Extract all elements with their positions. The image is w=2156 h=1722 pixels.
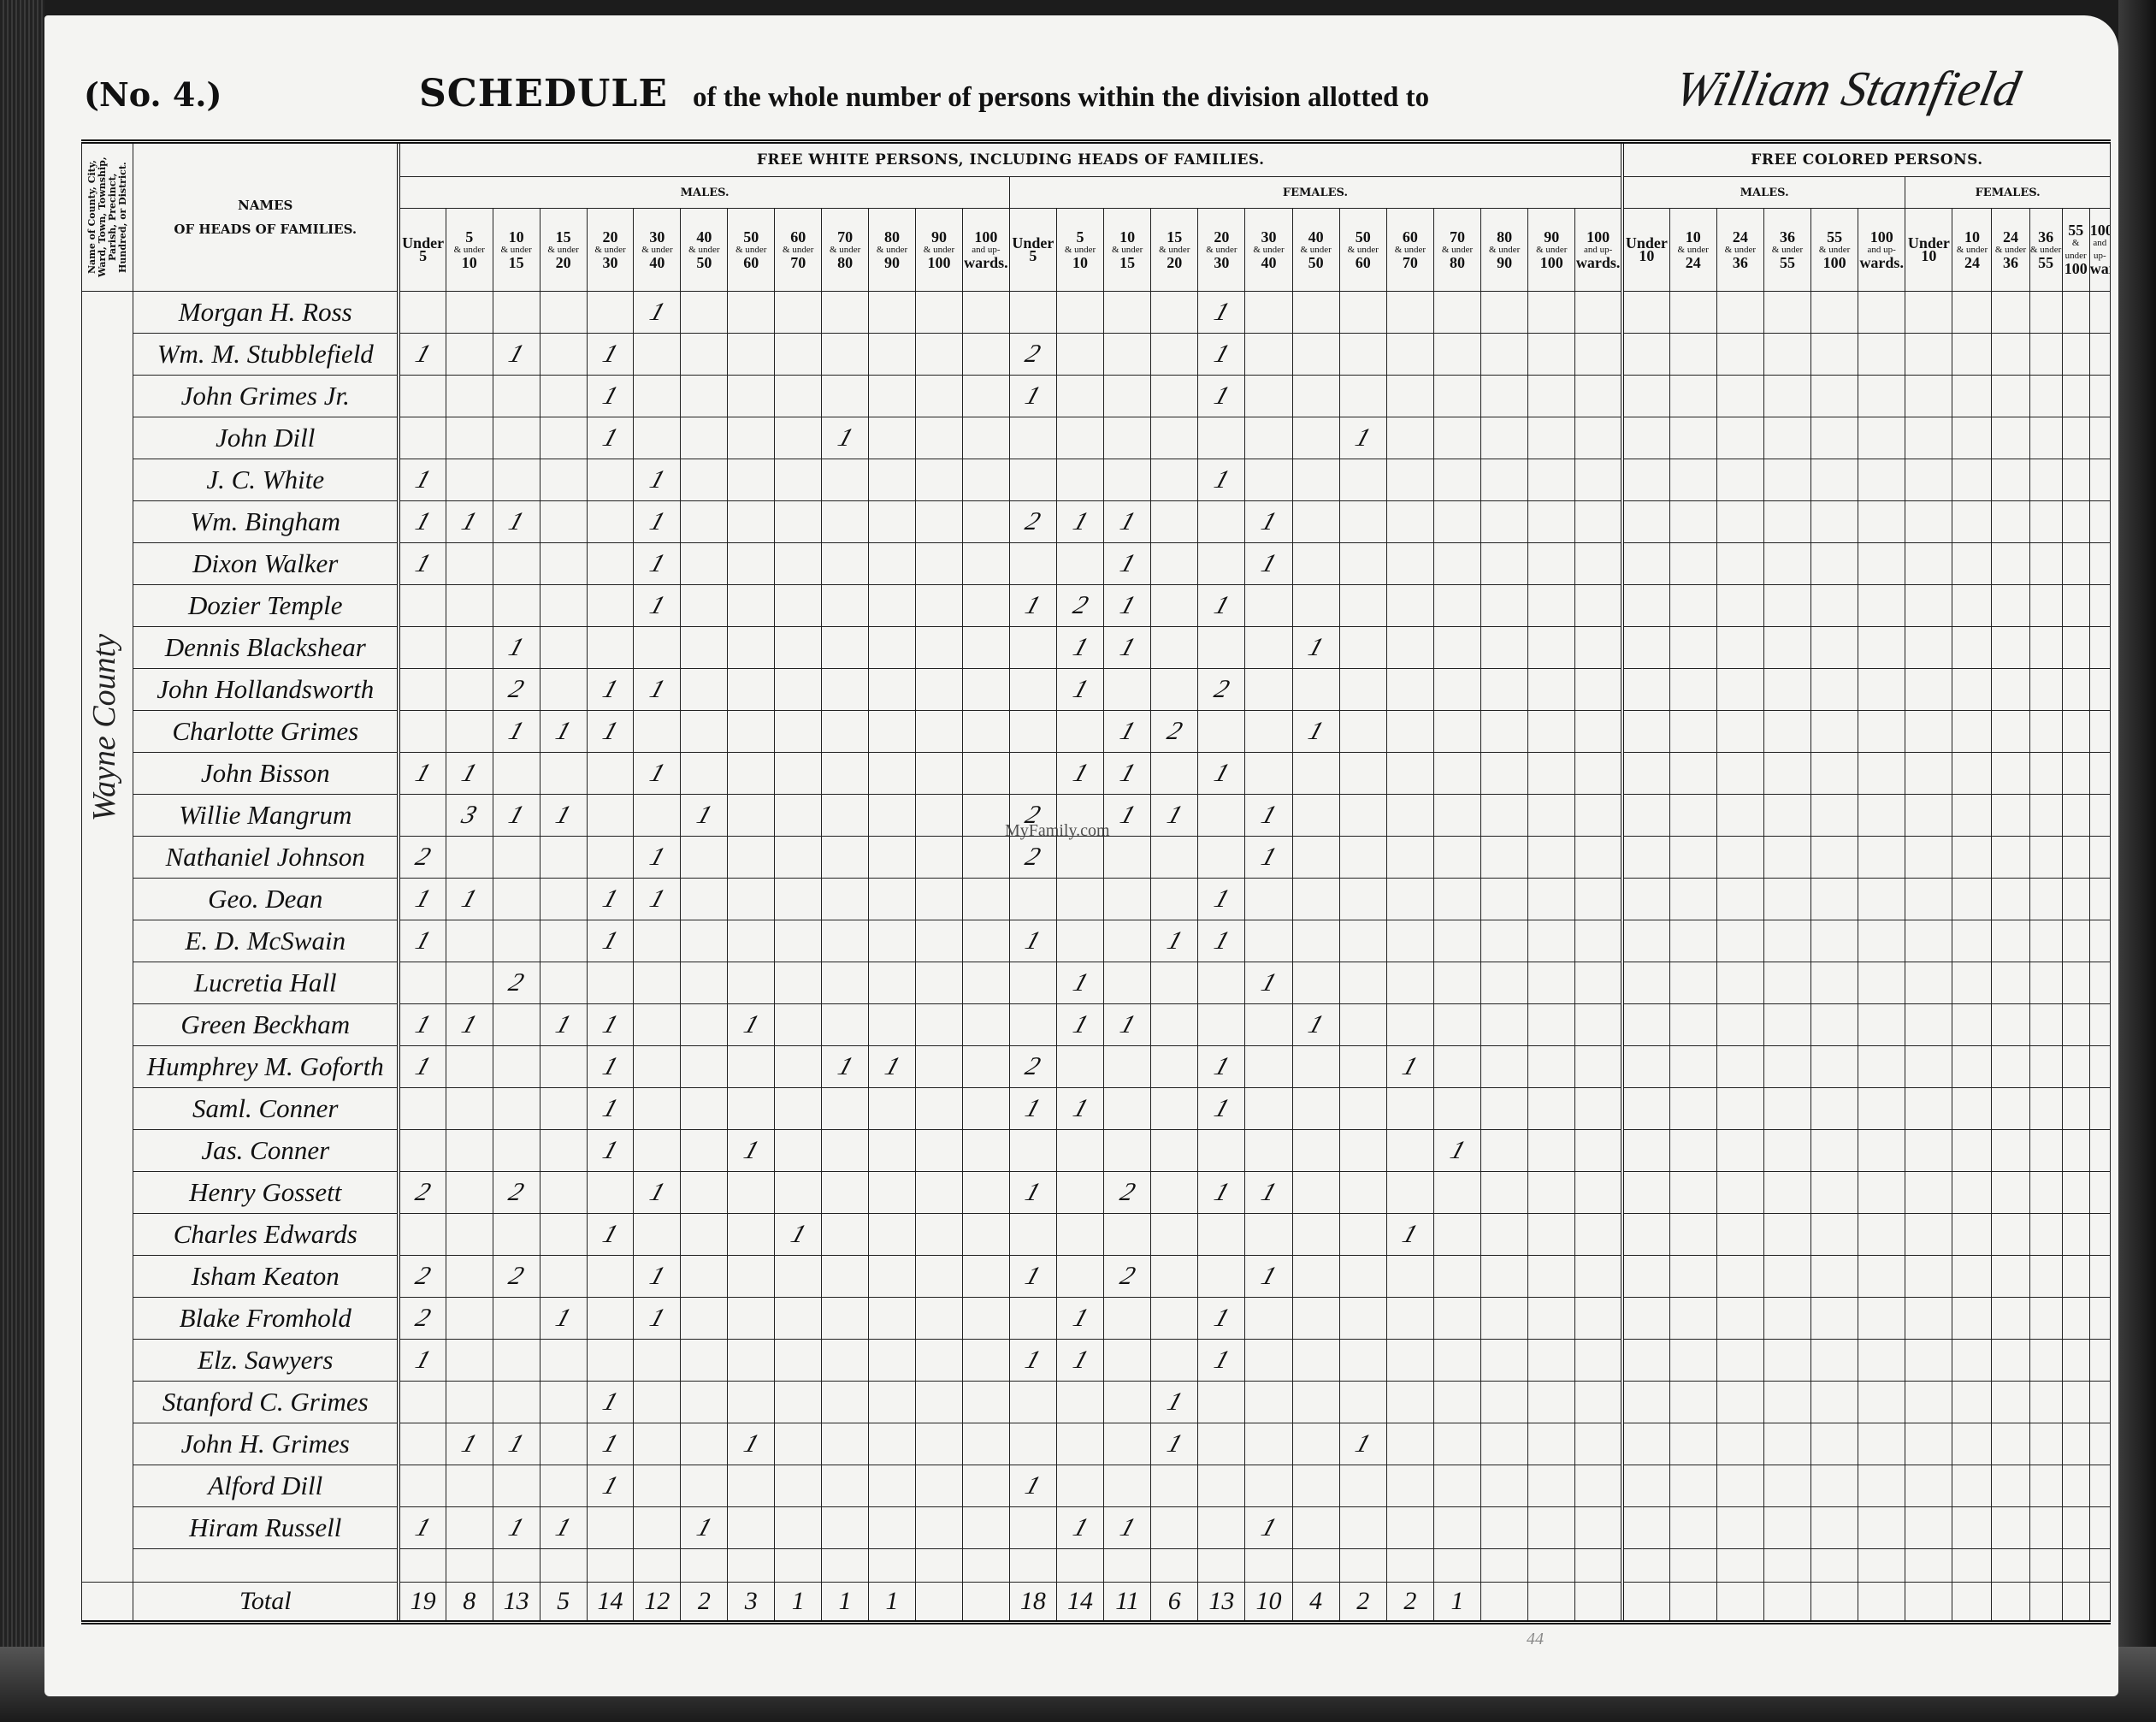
white-male-count [822, 459, 869, 501]
colored-female-count [2089, 753, 2110, 795]
head-of-family-name: John Bisson [133, 753, 399, 795]
white-female-count [1575, 627, 1622, 669]
white-female-count [1433, 1382, 1480, 1423]
white-male-count [962, 1130, 1009, 1172]
colored-female-count [2062, 1172, 2089, 1214]
colored-male-count [1811, 627, 1858, 669]
colored-female-count [1992, 627, 2029, 669]
colored-female-count [2062, 417, 2089, 459]
colored-female-count [1905, 543, 1952, 585]
colored-female-count [2062, 1256, 2089, 1298]
white-female-count [1151, 837, 1198, 879]
head-of-family-name: Elz. Sawyers [133, 1340, 399, 1382]
colored-female-count [1905, 1046, 1952, 1088]
white-female-count [1151, 669, 1198, 711]
colored-male-count [1716, 1465, 1763, 1507]
age-column-header: 50& under60 [728, 209, 775, 292]
blank-cell [493, 1549, 540, 1583]
white-male-count: 2 [399, 1172, 446, 1214]
colored-male-count [1858, 669, 1905, 711]
white-female-count: 1 [1151, 920, 1198, 962]
white-female-count [1339, 1004, 1386, 1046]
white-female-count [1339, 627, 1386, 669]
white-male-count [681, 543, 728, 585]
white-male-count [962, 920, 1009, 962]
colored-female-count [1992, 1004, 2029, 1046]
white-male-count [962, 1214, 1009, 1256]
white-female-count: 1 [1198, 1340, 1245, 1382]
white-female-count [1481, 1214, 1528, 1256]
white-male-count [587, 459, 634, 501]
colored-female-count [2089, 962, 2110, 1004]
white-female-count [1481, 292, 1528, 334]
colored-male-count [1622, 795, 1669, 837]
head-of-family-name: Nathaniel Johnson [133, 837, 399, 879]
blank-cell [775, 1549, 822, 1583]
colored-female-count [2029, 501, 2062, 543]
white-male-count [681, 1214, 728, 1256]
colored-male-count [1716, 962, 1763, 1004]
colored-male-count [1858, 334, 1905, 376]
colored-male-count [1669, 376, 1716, 417]
white-female-count [1528, 376, 1575, 417]
white-female-count [1339, 1088, 1386, 1130]
colored-female-count [2089, 543, 2110, 585]
colored-male-count [1622, 1465, 1669, 1507]
white-male-count [962, 376, 1009, 417]
county-handwritten: Wayne County [86, 634, 123, 821]
colored-male-count [1858, 1465, 1905, 1507]
white-male-count [869, 1088, 916, 1130]
white-female-count [1056, 334, 1103, 376]
white-male-count [446, 1214, 493, 1256]
white-female-count: 1 [1056, 1004, 1103, 1046]
colored-male-count [1622, 543, 1669, 585]
white-male-count [540, 1088, 587, 1130]
white-female-count [1056, 879, 1103, 920]
white-male-count [916, 1465, 963, 1507]
white-male-count [728, 292, 775, 334]
colored-female-count [2089, 920, 2110, 962]
white-male-total: 1 [775, 1583, 822, 1623]
white-male-count: 1 [587, 1130, 634, 1172]
white-female-count [1339, 459, 1386, 501]
white-males-header: MALES. [399, 177, 1009, 209]
white-female-count: 1 [1245, 1256, 1292, 1298]
white-female-count: 1 [1245, 1172, 1292, 1214]
white-female-count [1056, 292, 1103, 334]
white-male-count [446, 543, 493, 585]
white-female-count [1104, 1423, 1151, 1465]
white-female-count [1386, 753, 1433, 795]
white-male-count [728, 376, 775, 417]
white-female-count [1292, 753, 1339, 795]
white-female-count [1292, 1256, 1339, 1298]
white-male-count [540, 753, 587, 795]
colored-female-count [2089, 334, 2110, 376]
head-of-family-name: Dixon Walker [133, 543, 399, 585]
white-female-count [1151, 417, 1198, 459]
white-female-count [1292, 879, 1339, 920]
white-female-count [1339, 585, 1386, 627]
colored-male-count [1716, 1256, 1763, 1298]
white-male-count [587, 962, 634, 1004]
colored-female-total [2029, 1583, 2062, 1623]
white-female-count [1433, 627, 1480, 669]
white-male-count [869, 1256, 916, 1298]
white-female-count [1056, 711, 1103, 753]
white-female-count [1056, 1214, 1103, 1256]
colored-male-count [1622, 962, 1669, 1004]
blank-cell [822, 1549, 869, 1583]
white-male-count [916, 1382, 963, 1423]
colored-male-count [1763, 501, 1810, 543]
white-female-count: 2 [1198, 669, 1245, 711]
white-female-count [1481, 711, 1528, 753]
white-male-count [587, 1298, 634, 1340]
white-female-count [1151, 501, 1198, 543]
white-female-count [1198, 711, 1245, 753]
white-female-count [1292, 1046, 1339, 1088]
white-male-count [916, 1130, 963, 1172]
white-male-count [399, 1088, 446, 1130]
colored-male-count [1811, 1507, 1858, 1549]
colored-female-count [2062, 1465, 2089, 1507]
white-male-count [681, 1046, 728, 1088]
colored-male-total [1858, 1583, 1905, 1623]
white-male-total [962, 1583, 1009, 1623]
white-male-count [681, 1382, 728, 1423]
colored-female-count [1905, 1172, 1952, 1214]
white-male-count [775, 1423, 822, 1465]
white-male-count [587, 627, 634, 669]
colored-male-count [1669, 1004, 1716, 1046]
colored-male-total [1622, 1583, 1669, 1623]
white-female-count [1245, 1298, 1292, 1340]
white-female-count [1339, 920, 1386, 962]
colored-female-count [2062, 1298, 2089, 1340]
white-female-count [1481, 417, 1528, 459]
white-female-count [1528, 711, 1575, 753]
white-female-count [1292, 920, 1339, 962]
white-female-count [1151, 1465, 1198, 1507]
colored-female-count [1992, 1507, 2029, 1549]
head-of-family-name: E. D. McSwain [133, 920, 399, 962]
white-male-count [775, 543, 822, 585]
white-male-count [822, 627, 869, 669]
colored-female-count [2062, 1340, 2089, 1382]
white-male-count [822, 1423, 869, 1465]
county-column-header: Name of County, City, Ward, Town, Townsh… [82, 142, 133, 292]
white-female-count [1339, 711, 1386, 753]
white-male-count [822, 1130, 869, 1172]
colored-male-count [1669, 1130, 1716, 1172]
white-male-count [869, 1423, 916, 1465]
white-female-count [1575, 1172, 1622, 1214]
white-female-count [1339, 962, 1386, 1004]
white-male-total: 19 [399, 1583, 446, 1623]
colored-female-count [2029, 1088, 2062, 1130]
names-column-header: NAMESOF HEADS OF FAMILIES. [133, 142, 399, 292]
white-female-total: 10 [1245, 1583, 1292, 1623]
white-female-count [1104, 1298, 1151, 1340]
white-male-count [540, 1172, 587, 1214]
white-male-count [681, 711, 728, 753]
colored-female-count [1952, 459, 1992, 501]
white-female-count [1292, 292, 1339, 334]
colored-female-count [2089, 292, 2110, 334]
white-female-count [1292, 1088, 1339, 1130]
white-male-count [446, 962, 493, 1004]
colored-male-count [1858, 795, 1905, 837]
blank-cell [1339, 1549, 1386, 1583]
white-male-count [916, 376, 963, 417]
colored-male-count [1622, 920, 1669, 962]
colored-male-count [1763, 376, 1810, 417]
white-female-count [1104, 1130, 1151, 1172]
colored-female-count [1905, 837, 1952, 879]
white-female-count [1433, 753, 1480, 795]
white-male-count [822, 543, 869, 585]
colored-female-count [1905, 1004, 1952, 1046]
head-of-family-name: John Hollandsworth [133, 669, 399, 711]
white-male-count: 2 [493, 962, 540, 1004]
white-female-count [1104, 1046, 1151, 1088]
white-female-total [1481, 1583, 1528, 1623]
white-female-count: 1 [1386, 1046, 1433, 1088]
white-male-count [728, 543, 775, 585]
white-male-count: 1 [634, 1172, 681, 1214]
white-female-count [1386, 1465, 1433, 1507]
colored-female-count [2062, 879, 2089, 920]
white-male-count [493, 920, 540, 962]
white-male-count [775, 376, 822, 417]
white-male-count [728, 1507, 775, 1549]
white-female-count [1056, 920, 1103, 962]
white-male-count [916, 501, 963, 543]
colored-male-count [1669, 292, 1716, 334]
white-female-count [1575, 501, 1622, 543]
colored-male-count [1716, 1340, 1763, 1382]
colored-male-count [1669, 837, 1716, 879]
white-female-count [1339, 292, 1386, 334]
white-male-count [681, 376, 728, 417]
white-male-count [916, 585, 963, 627]
white-male-count [540, 543, 587, 585]
white-male-count [399, 1382, 446, 1423]
white-male-count: 1 [540, 711, 587, 753]
table-row: Charles Edwards111 [82, 1214, 2111, 1256]
colored-male-count [1811, 753, 1858, 795]
white-male-count [446, 920, 493, 962]
table-row: Dennis Blackshear1111 [82, 627, 2111, 669]
white-female-count [1528, 1004, 1575, 1046]
white-female-count [1198, 1214, 1245, 1256]
white-male-count: 1 [587, 334, 634, 376]
white-female-count: 1 [1009, 1340, 1056, 1382]
blank-cell [1151, 1549, 1198, 1583]
colored-male-count [1622, 585, 1669, 627]
white-female-count: 1 [1009, 1256, 1056, 1298]
white-male-count [822, 1340, 869, 1382]
colored-female-total [1905, 1583, 1952, 1623]
white-male-count [728, 753, 775, 795]
age-column-header: 36& under55 [1763, 209, 1810, 292]
white-female-count: 2 [1056, 585, 1103, 627]
colored-male-count [1763, 669, 1810, 711]
white-male-count [822, 501, 869, 543]
white-male-count [399, 795, 446, 837]
white-male-count: 1 [634, 879, 681, 920]
white-male-count [916, 753, 963, 795]
white-male-count [869, 962, 916, 1004]
colored-male-count [1622, 1130, 1669, 1172]
white-male-count [962, 292, 1009, 334]
white-female-count: 1 [1292, 711, 1339, 753]
colored-female-count [2062, 753, 2089, 795]
colored-female-count [1952, 1130, 1992, 1172]
blank-cell [1992, 1549, 2029, 1583]
white-female-count [1481, 501, 1528, 543]
table-row: John H. Grimes111111 [82, 1423, 2111, 1465]
colored-female-count [2029, 1465, 2062, 1507]
white-female-count [1245, 417, 1292, 459]
white-female-count [1292, 1214, 1339, 1256]
white-female-count [1009, 753, 1056, 795]
age-column-header: 50& under60 [1339, 209, 1386, 292]
white-female-count: 1 [1056, 1298, 1103, 1340]
white-female-count [1386, 585, 1433, 627]
white-female-count [1339, 1046, 1386, 1088]
white-male-count [728, 334, 775, 376]
white-female-count: 1 [1056, 1340, 1103, 1382]
age-column-header: 10& under15 [1104, 209, 1151, 292]
white-male-count: 1 [587, 1088, 634, 1130]
white-male-count [446, 459, 493, 501]
white-male-count: 1 [399, 753, 446, 795]
colored-male-count [1763, 459, 1810, 501]
colored-male-total [1669, 1583, 1716, 1623]
white-female-count [1433, 1256, 1480, 1298]
colored-female-count [1952, 1172, 1992, 1214]
colored-male-count [1858, 501, 1905, 543]
age-column-header: 100and up-wards. [1858, 209, 1905, 292]
white-female-count [1056, 543, 1103, 585]
white-female-count: 1 [1198, 334, 1245, 376]
white-male-count: 1 [634, 1256, 681, 1298]
colored-female-count [2029, 417, 2062, 459]
white-male-count [728, 1465, 775, 1507]
white-male-count: 2 [399, 837, 446, 879]
table-row: Hiram Russell1111111 [82, 1507, 2111, 1549]
colored-female-count [2029, 669, 2062, 711]
white-male-count: 1 [634, 1298, 681, 1340]
colored-male-count [1858, 962, 1905, 1004]
age-column-header: 55& under100 [2062, 209, 2089, 292]
page-title: SCHEDULE [419, 72, 668, 115]
white-female-count [1198, 1382, 1245, 1423]
white-male-count [493, 1340, 540, 1382]
white-female-count [1339, 1256, 1386, 1298]
white-male-count: 1 [399, 334, 446, 376]
white-male-count [540, 585, 587, 627]
white-male-count [634, 1214, 681, 1256]
white-male-total: 2 [681, 1583, 728, 1623]
colored-female-count [1992, 669, 2029, 711]
colored-male-count [1763, 1130, 1810, 1172]
white-female-count [1245, 334, 1292, 376]
white-female-count: 1 [1104, 1507, 1151, 1549]
head-of-family-name: Geo. Dean [133, 879, 399, 920]
table-row: Charlotte Grimes111121 [82, 711, 2111, 753]
colored-male-count [1811, 585, 1858, 627]
white-male-count [728, 1256, 775, 1298]
white-female-count [1198, 962, 1245, 1004]
white-female-count [1528, 334, 1575, 376]
blank-cell [446, 1549, 493, 1583]
colored-female-count [1992, 1298, 2029, 1340]
colored-male-count [1669, 962, 1716, 1004]
age-column-header: Under5 [399, 209, 446, 292]
white-male-count [775, 1046, 822, 1088]
white-male-count: 3 [446, 795, 493, 837]
colored-male-count [1716, 753, 1763, 795]
white-male-count [869, 292, 916, 334]
white-female-count [1104, 837, 1151, 879]
white-female-count: 1 [1198, 1046, 1245, 1088]
blank-cell [634, 1549, 681, 1583]
colored-male-count [1622, 1046, 1669, 1088]
white-female-count [1433, 1507, 1480, 1549]
white-male-count [869, 1004, 916, 1046]
colored-female-count [1952, 669, 1992, 711]
white-male-count [916, 1298, 963, 1340]
white-male-count [493, 1465, 540, 1507]
colored-male-count [1811, 1214, 1858, 1256]
colored-male-count [1811, 711, 1858, 753]
colored-female-total [1952, 1583, 1992, 1623]
white-female-count [1528, 837, 1575, 879]
white-female-count [1292, 543, 1339, 585]
white-female-count [1198, 795, 1245, 837]
white-female-count [1481, 879, 1528, 920]
white-male-count [681, 1298, 728, 1340]
white-male-total [916, 1583, 963, 1623]
white-male-count: 1 [634, 669, 681, 711]
white-male-count [962, 1423, 1009, 1465]
colored-female-count [1992, 1046, 2029, 1088]
white-male-count [775, 1382, 822, 1423]
white-male-count [962, 669, 1009, 711]
colored-male-count [1763, 1088, 1810, 1130]
colored-female-count [2029, 879, 2062, 920]
colored-female-count [2029, 543, 2062, 585]
age-column-header: 10& under24 [1669, 209, 1716, 292]
white-male-count [869, 376, 916, 417]
colored-male-count [1811, 1046, 1858, 1088]
white-female-count [1433, 585, 1480, 627]
white-female-count: 2 [1009, 501, 1056, 543]
white-female-count: 1 [1104, 585, 1151, 627]
white-male-count [775, 795, 822, 837]
colored-female-count [1992, 1465, 2029, 1507]
white-female-count [1528, 501, 1575, 543]
white-male-count: 1 [399, 879, 446, 920]
white-male-count [822, 1088, 869, 1130]
colored-female-count [2062, 669, 2089, 711]
colored-female-total [1992, 1583, 2029, 1623]
white-male-count [587, 292, 634, 334]
